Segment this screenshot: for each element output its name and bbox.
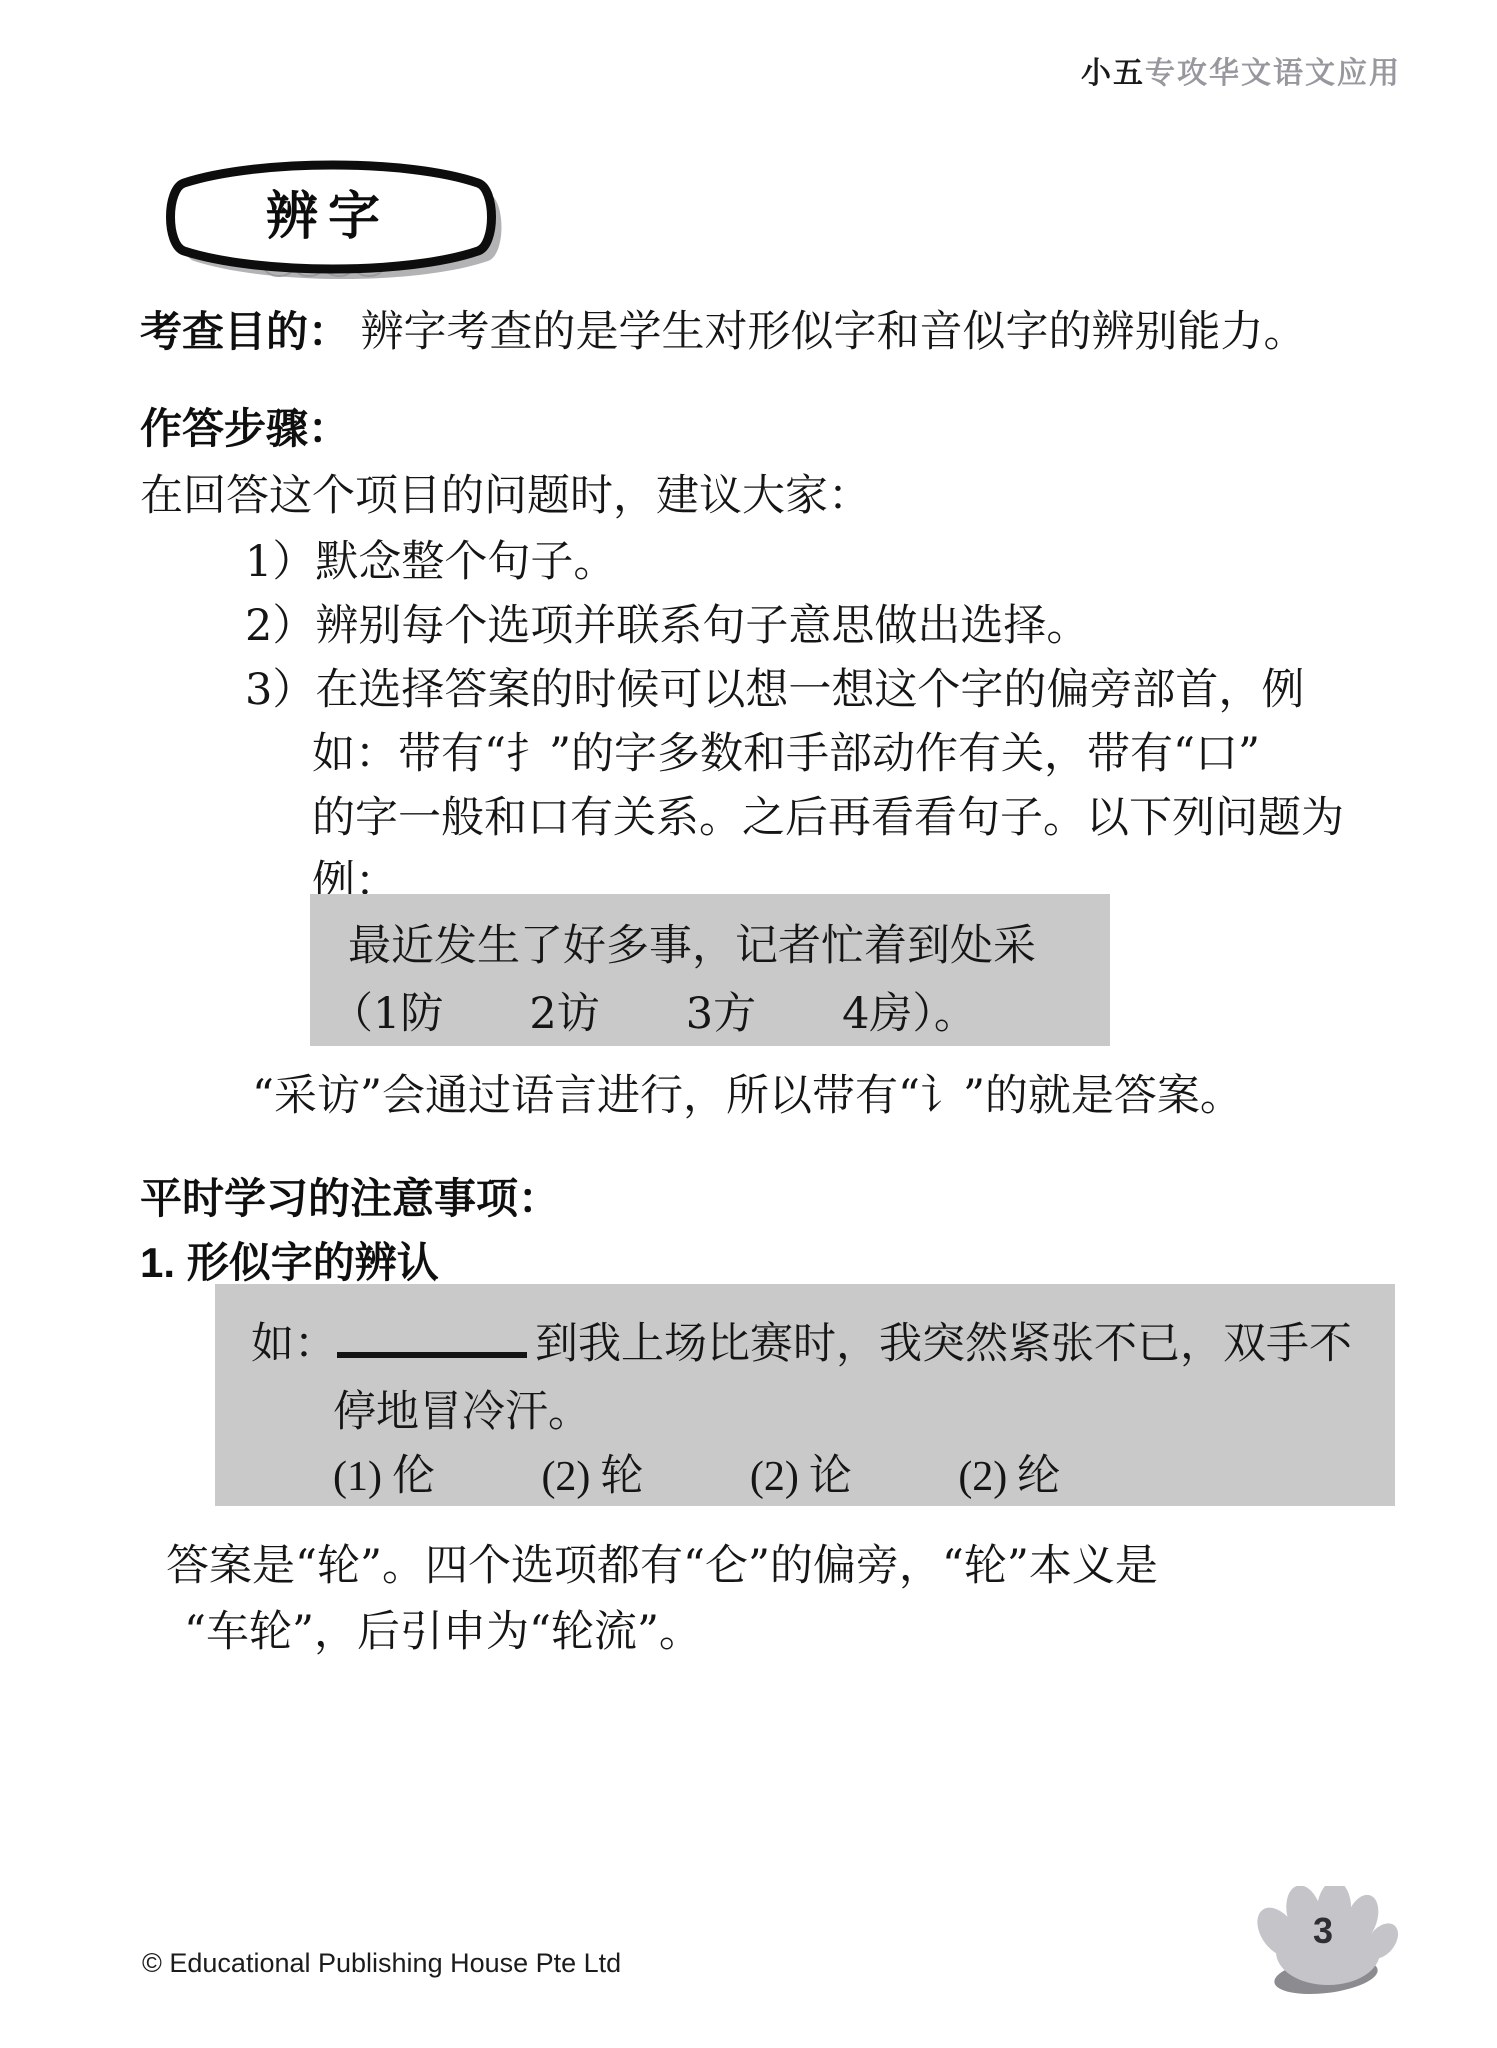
notes-heading: 平时学习的注意事项：	[140, 1166, 560, 1226]
textbook-page: 小五专攻华文语文应用 辨字 考查目的： 辨字考查的是学生对形似字和音似字的辨别能…	[0, 0, 1497, 2048]
option-1-char: 伦	[392, 1451, 435, 1501]
step-1-text: 默念整个句子。	[315, 537, 616, 587]
practice-answer-line-1: 答案是“轮”。四个选项都有“仑”的偏旁，“轮”本义是	[166, 1532, 1158, 1593]
step-3-line-1: 3）在选择答案的时候可以想一想这个字的偏旁部首，例	[245, 656, 1304, 717]
practice-answer-line-2: “车轮”，后引申为“轮流”。	[184, 1598, 702, 1659]
option-1: (1)伦	[333, 1442, 435, 1503]
step-3-text-1: 在选择答案的时候可以想一想这个字的偏旁部首，例	[315, 665, 1304, 715]
example-1-choices: （1防 2访 3方 4房）。	[330, 980, 977, 1041]
series-title-bold: 小五	[1081, 57, 1145, 90]
step-2-text: 辨别每个选项并联系句子意思做出选择。	[315, 601, 1089, 651]
step-1-num: 1）	[245, 537, 315, 587]
example-1-explanation: “采访”会通过语言进行，所以带有“讠”的就是答案。	[252, 1062, 1243, 1123]
section-badge: 辨字	[148, 146, 508, 296]
fill-in-blank-line	[337, 1321, 527, 1358]
purpose-label: 考查目的：	[140, 308, 350, 355]
note-1-heading: 1. 形似字的辨认	[140, 1230, 439, 1290]
page-number-marker: 3	[1248, 1886, 1418, 2006]
option-3-num: (2)	[750, 1454, 799, 1500]
option-4-num: (2)	[958, 1454, 1007, 1500]
practice-line-2: 停地冒冷汗。	[333, 1378, 591, 1439]
series-title-rest: 专攻华文语文应用	[1145, 57, 1401, 90]
option-3-char: 论	[809, 1451, 852, 1501]
practice-line-1: 如：到我上场比赛时，我突然紧张不已，双手不	[251, 1310, 1352, 1371]
steps-intro: 在回答这个项目的问题时，建议大家：	[140, 462, 871, 523]
option-3: (2)论	[750, 1442, 852, 1503]
option-4: (2)纶	[958, 1442, 1060, 1503]
purpose-text: 辨字考查的是学生对形似字和音似字的辨别能力。	[360, 307, 1306, 357]
practice-box: 如：到我上场比赛时，我突然紧张不已，双手不 停地冒冷汗。 (1)伦 (2)轮 (…	[215, 1284, 1395, 1506]
step-3-num: 3）	[245, 665, 315, 715]
step-3-line-3: 的字一般和口有关系。之后再看看句子。以下列问题为	[312, 784, 1344, 845]
practice-sentence: 到我上场比赛时，我突然紧张不已，双手不	[535, 1319, 1352, 1369]
copyright-text: © Educational Publishing House Pte Ltd	[142, 1948, 621, 1979]
step-1: 1）默念整个句子。	[245, 528, 616, 589]
page-number: 3	[1248, 1910, 1398, 1952]
example-box-1: 最近发生了好多事，记者忙着到处采 （1防 2访 3方 4房）。	[310, 894, 1110, 1046]
steps-heading: 作答步骤：	[140, 396, 350, 456]
practice-prefix: 如：	[251, 1319, 337, 1369]
option-2-num: (2)	[541, 1454, 590, 1500]
step-2-num: 2）	[245, 601, 315, 651]
badge-title: 辨字	[148, 174, 508, 249]
step-3-line-2: 如：带有“扌”的字多数和手部动作有关，带有“口”	[312, 720, 1260, 781]
practice-options-row: (1)伦 (2)轮 (2)论 (2)纶	[333, 1442, 1060, 1503]
option-2-char: 轮	[600, 1451, 643, 1501]
step-2: 2）辨别每个选项并联系句子意思做出选择。	[245, 592, 1089, 653]
example-1-sentence: 最近发生了好多事，记者忙着到处采	[348, 912, 1036, 973]
option-2: (2)轮	[541, 1442, 643, 1503]
page-header: 小五专攻华文语文应用	[1081, 48, 1401, 92]
purpose-line: 考查目的： 辨字考查的是学生对形似字和音似字的辨别能力。	[140, 298, 1306, 359]
option-4-char: 纶	[1017, 1451, 1060, 1501]
option-1-num: (1)	[333, 1454, 382, 1500]
